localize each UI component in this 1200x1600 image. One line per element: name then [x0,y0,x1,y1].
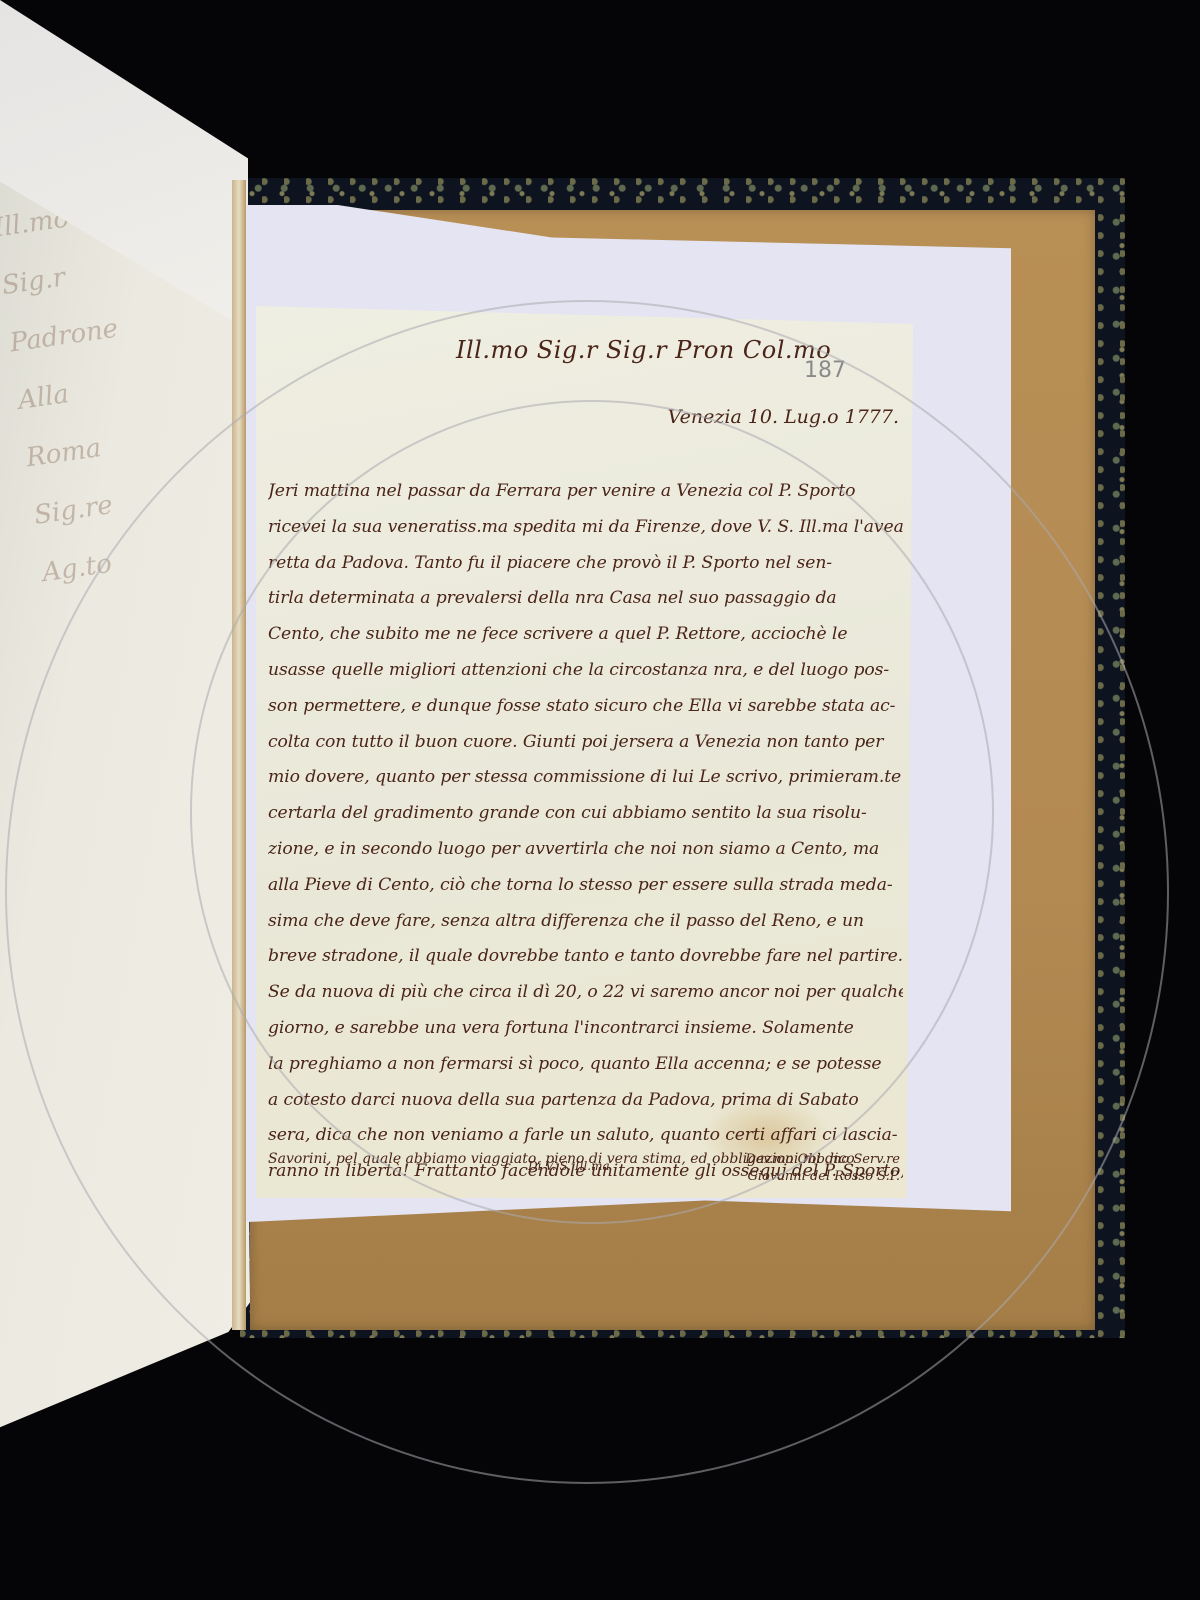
body-line: ricevei la sua veneratiss.ma spedita mi … [268,510,903,546]
body-line: Cento, che subito me ne fece scrivere a … [268,617,903,653]
body-line: colta con tutto il buon cuore. Giunti po… [268,725,903,761]
body-line: retta da Padova. Tanto fu il piacere che… [268,546,903,582]
body-line: alla Pieve di Cento, ciò che torna lo st… [268,868,903,904]
dateline: Venezia 10. Lug.o 1777. [668,406,899,428]
body-line: sera, dica che non veniamo a farle un sa… [268,1118,903,1154]
body-line: giorno, e sarebbe una vera fortuna l'inc… [268,1011,903,1047]
closing-addressee: Di V. S. Ill.ma [528,1159,610,1173]
body-line: son permettere, e dunque fosse stato sic… [268,689,903,725]
body-line: zione, e in secondo luogo per avvertirla… [268,832,903,868]
signature: Giovanni del Rosso S.P. [745,1168,900,1185]
book-gutter [232,180,246,1330]
body-line: Jeri mattina nel passar da Ferrara per v… [268,474,903,510]
signature-block: Dev.mo Obb.mo Serv.re Giovanni del Rosso… [745,1151,900,1185]
body-line: tirla determinata a prevalersi della nra… [268,581,903,617]
letter-closing: Savorini, pel quale abbiamo viaggiato, p… [268,1151,908,1191]
body-line: a cotesto darci nuova della sua partenza… [268,1083,903,1119]
letter-page: Ill.mo Sig.r Sig.r Pron Col.mo 187 Venez… [256,306,913,1198]
body-line: usasse quelle migliori attenzioni che la… [268,653,903,689]
body-line: breve stradone, il quale dovrebbe tanto … [268,939,903,975]
closing-formula: Dev.mo Obb.mo Serv.re [745,1151,900,1168]
archival-scan: Ill.mo Sig.r Padrone Alla Roma Sig.re Ag… [0,0,1200,1600]
body-line: mio dovere, quanto per stessa commission… [268,760,903,796]
body-line: la preghiamo a non fermarsi sì poco, qua… [268,1047,903,1083]
body-line: certarla del gradimento grande con cui a… [268,796,903,832]
folio-number: 187 [804,358,846,383]
salutation: Ill.mo Sig.r Sig.r Pron Col.mo [456,336,831,364]
letter-body: Jeri mattina nel passar da Ferrara per v… [268,474,903,1190]
body-line: sima che deve fare, senza altra differen… [268,904,903,940]
body-line: Se da nuova di più che circa il dì 20, o… [268,975,903,1011]
